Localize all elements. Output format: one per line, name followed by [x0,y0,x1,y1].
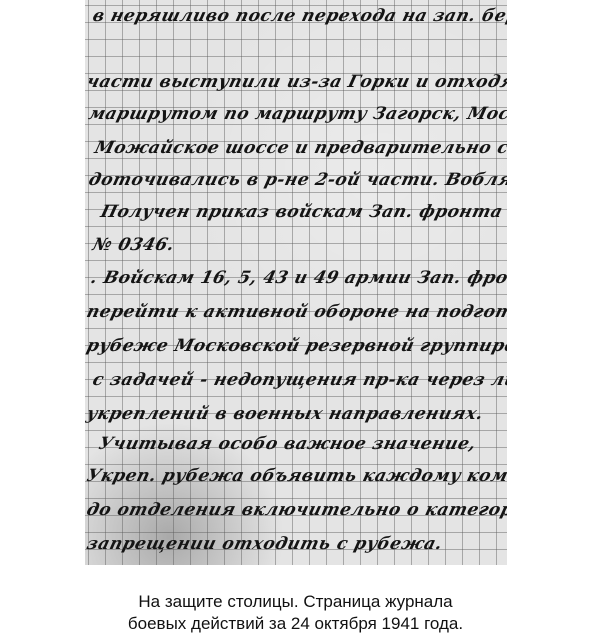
handwritten-line: Можайское шоссе и предварительно сосре- [93,138,507,158]
caption-line-1: На защите столицы. Страница журнала [0,591,591,613]
handwritten-line: № 0346. [91,235,177,255]
handwritten-line: маршрутом по маршруту Загорск, Москва, [87,104,507,124]
handwritten-line: Получен приказ войскам Зап. фронта [99,202,505,222]
handwritten-line: . Войскам 16, 5, 43 и 49 армии Зап. фрон… [89,268,507,288]
handwritten-line: Учитывая особо важное значение, [97,434,479,454]
handwritten-line: перейти к активной обороне на подготовле… [85,302,507,322]
caption-line-2: боевых действий за 24 октября 1941 года. [0,613,591,635]
handwritten-line: укреплений в военных направлениях. [85,404,485,424]
handwritten-line: с задачей - недопущения пр-ка через лини… [91,370,507,390]
handwritten-line: доточивались в р-не 2-ой части. Воблянь. [87,170,507,190]
handwritten-line: в неряшливо после перехода на зап. берег [91,6,507,26]
handwritten-line: рубеже Московской резервной группировки [85,336,507,356]
handwritten-line: до отделения включительно о категорическ… [85,500,507,520]
handwritten-line: Укреп. рубежа объявить каждому командиру [85,466,507,486]
handwritten-line: запрещении отходить с рубежа. [85,534,445,554]
handwritten-line: части выступили из-за Горки и отходят [85,72,507,92]
handwritten-document-scan: в неряшливо после перехода на зап. берег… [85,0,507,565]
